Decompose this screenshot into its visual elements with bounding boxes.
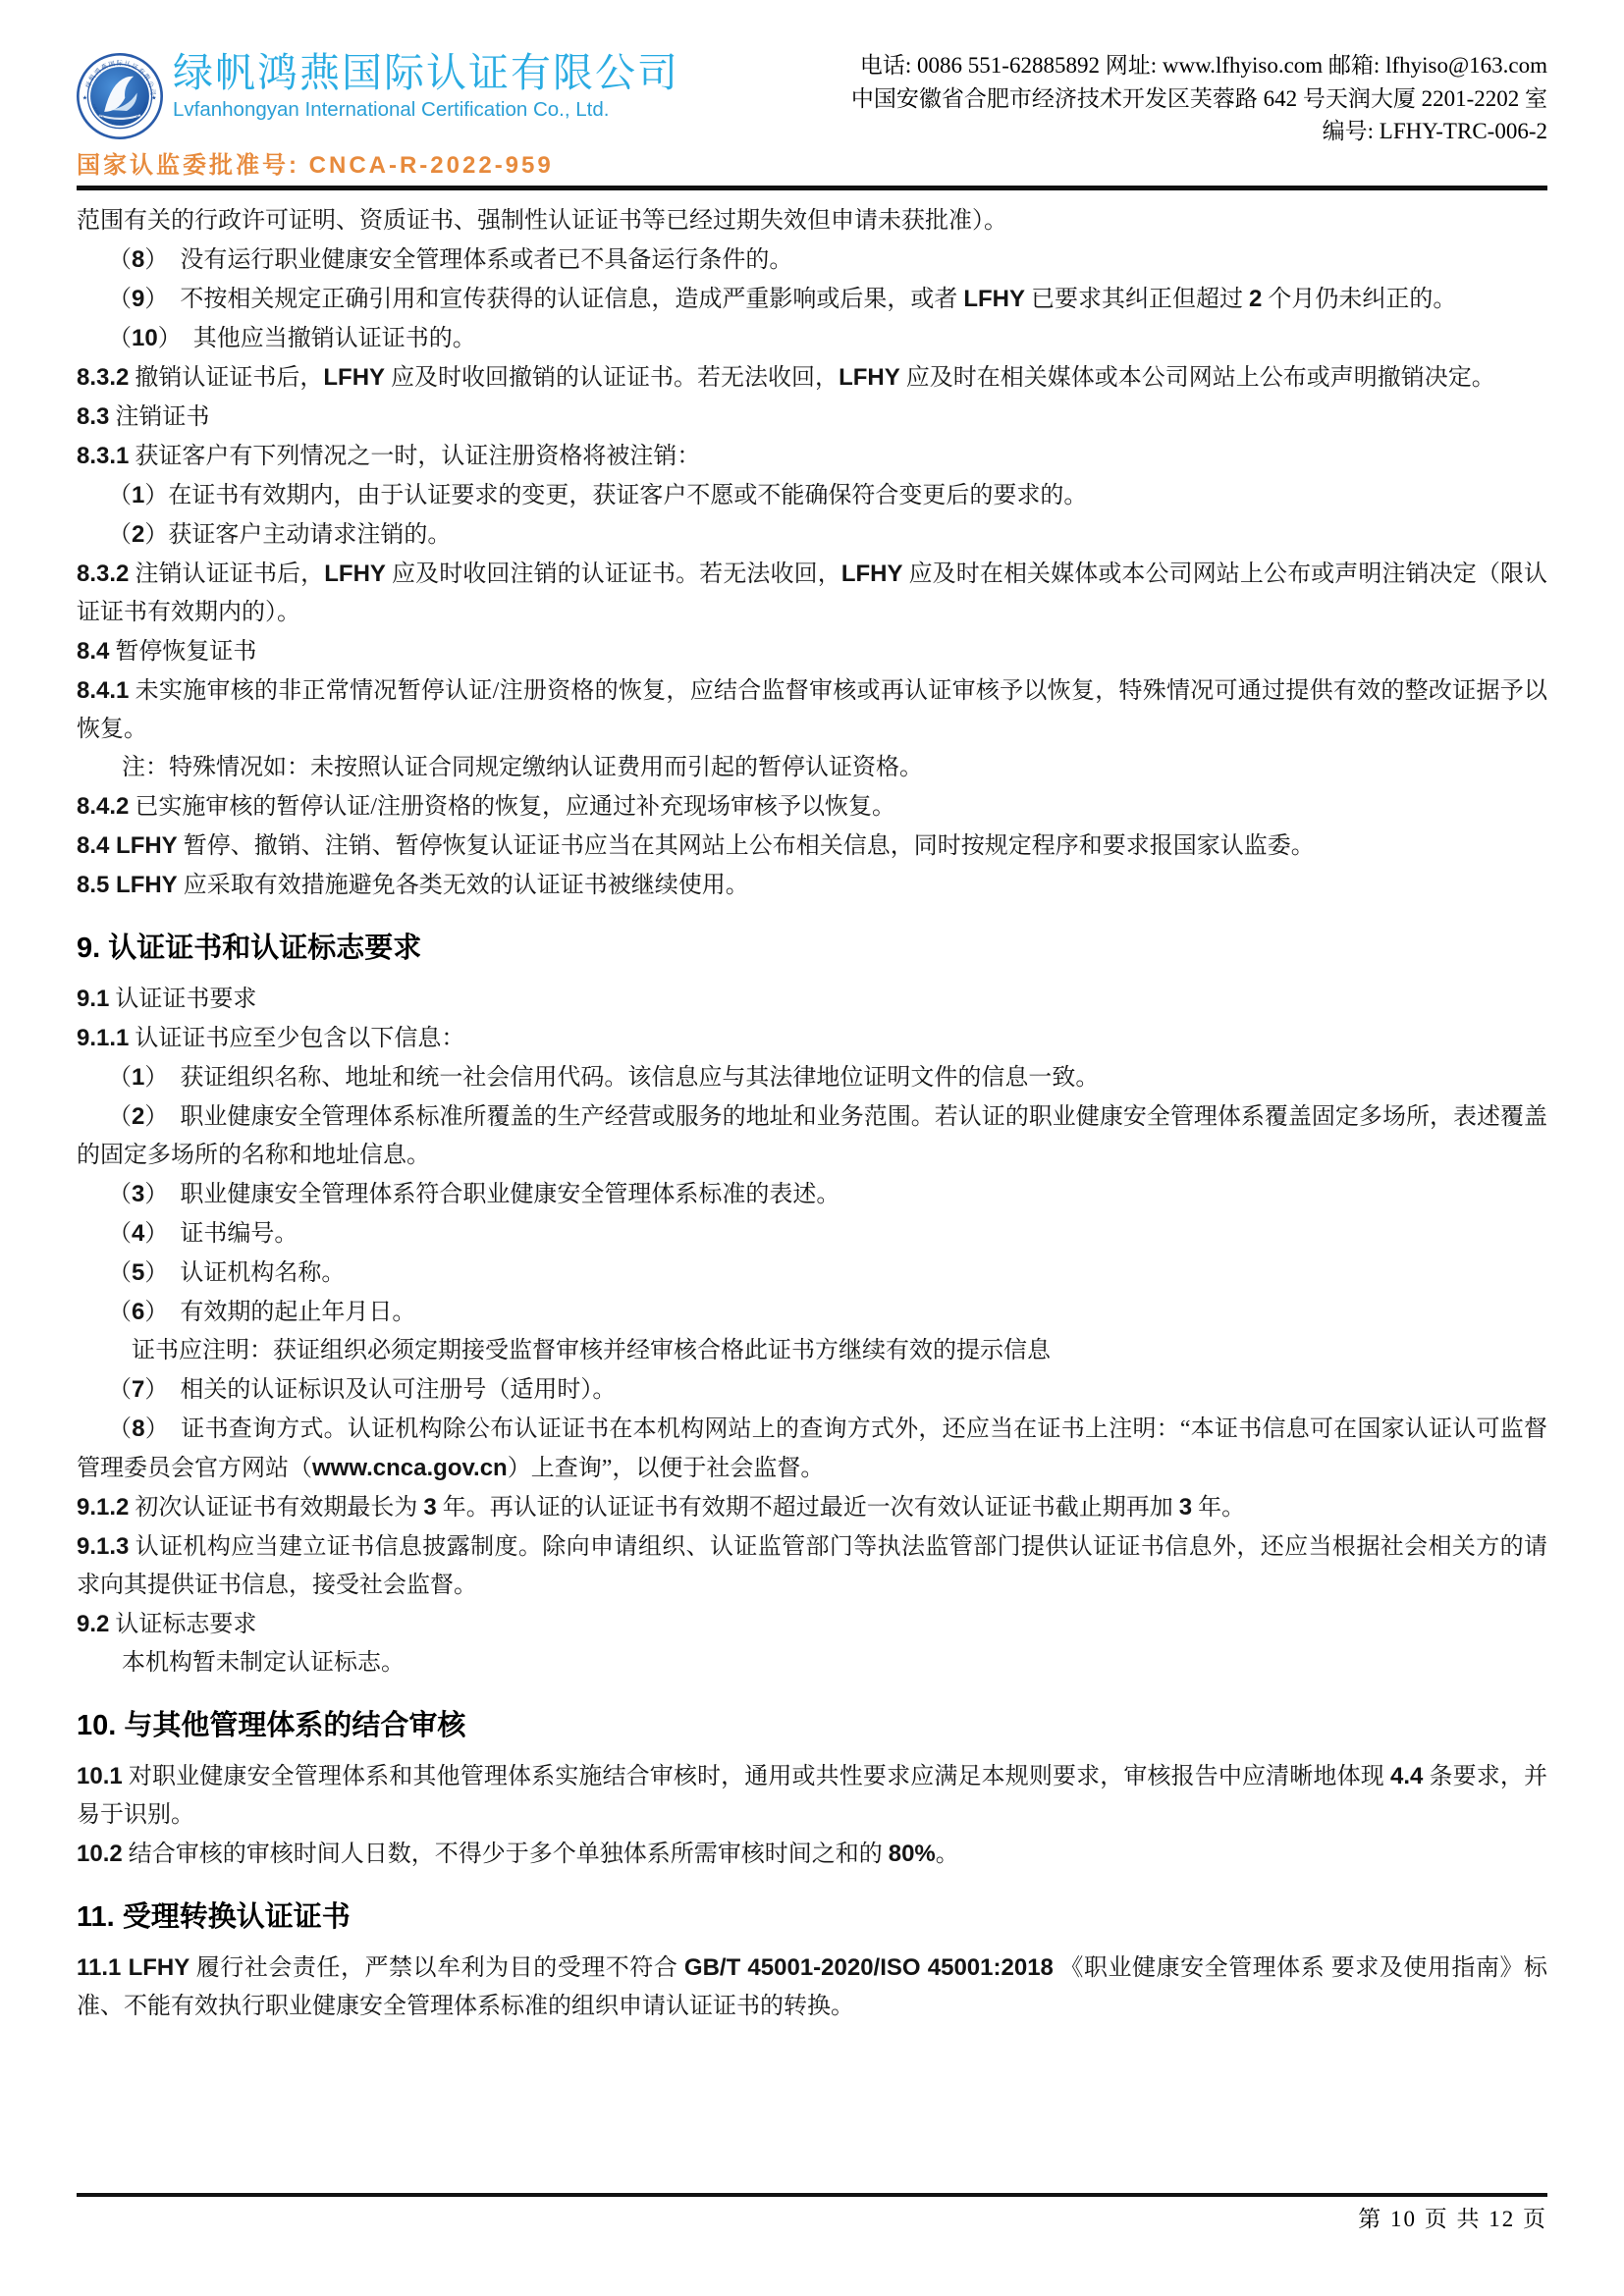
section-heading: 10. 与其他管理体系的结合审核 [77,1706,1547,1745]
paragraph: 9.1.3 认证机构应当建立证书信息披露制度。除向申请组织、认证监管部门等执法监… [77,1527,1547,1605]
address-line: 中国安徽省合肥市经济技术开发区芙蓉路 642 号天润大厦 2201-2202 室 [851,82,1547,116]
company-names: 绿帆鸿燕国际认证有限公司 Lvfanhongyan International … [173,49,679,124]
paragraph: （2） 职业健康安全管理体系标准所覆盖的生产经营或服务的地址和业务范围。若认证的… [77,1097,1547,1175]
paragraph: 注：特殊情况如：未按照认证合同规定缴纳认证费用而引起的暂停认证资格。 [77,749,1547,787]
paragraph: 10.1 对职业健康安全管理体系和其他管理体系实施结合审核时，通用或共性要求应满… [77,1757,1547,1835]
page-number: 第 10 页 共 12 页 [77,2205,1547,2234]
paragraph: （9） 不按相关规定正确引用和宣传获得的认证信息，造成严重影响或后果，或者 LF… [77,280,1547,319]
paragraph: 8.4.1 未实施审核的非正常情况暂停认证/注册资格的恢复，应结合监督审核或再认… [77,671,1547,749]
paragraph: （10） 其他应当撤销认证证书的。 [77,319,1547,358]
paragraph: （1） 获证组织名称、地址和统一社会信用代码。该信息应与其法律地位证明文件的信息… [77,1058,1547,1097]
paragraph: （8） 没有运行职业健康安全管理体系或者已不具备运行条件的。 [77,240,1547,280]
paragraph: （2）获证客户主动请求注销的。 [77,515,1547,555]
logo-star-right: ★ [151,95,157,102]
company-logo-icon: 绿帆鸿燕国际认证有限公司 LVFANHONGYAN INTERNATIONAL … [77,53,163,139]
section-heading: 11. 受理转换认证证书 [77,1897,1547,1937]
paragraph: 8.3.2 注销认证证书后，LFHY 应及时收回注销的认证证书。若无法收回，LF… [77,555,1547,632]
header-contact-block: 电话: 0086 551-62885892 网址: www.lfhyiso.co… [851,49,1547,148]
header-divider [77,186,1547,190]
paragraph: （6） 有效期的起止年月日。 [77,1293,1547,1332]
paragraph: 证书应注明：获证组织必须定期接受监督审核并经审核合格此证书方继续有效的提示信息 [77,1332,1547,1370]
paragraph: 9.1 认证证书要求 [77,980,1547,1019]
paragraph: 9.1.1 认证证书应至少包含以下信息： [77,1019,1547,1058]
logo-star-left: ★ [82,95,88,102]
page-footer: 第 10 页 共 12 页 [77,2193,1547,2234]
paragraph: 8.4 LFHY 暂停、撤销、注销、暂停恢复认证证书应当在其网站上公布相关信息，… [77,827,1547,866]
paragraph: 8.5 LFHY 应采取有效措施避免各类无效的认证证书被继续使用。 [77,866,1547,905]
contact-line: 电话: 0086 551-62885892 网址: www.lfhyiso.co… [851,49,1547,82]
paragraph: （7） 相关的认证标识及认可注册号（适用时）。 [77,1370,1547,1410]
approval-number: 国家认监委批准号: CNCA-R-2022-959 [77,151,1547,181]
paragraph: 范围有关的行政许可证明、资质证书、强制性认证证书等已经过期失效但申请未获批准）。 [77,202,1547,240]
paragraph: 本机构暂未制定认证标志。 [77,1644,1547,1682]
paragraph: （8） 证书查询方式。认证机构除公布认证证书在本机构网站上的查询方式外，还应当在… [77,1410,1547,1488]
paragraph: （5） 认证机构名称。 [77,1254,1547,1293]
paragraph: 8.4.2 已实施审核的暂停认证/注册资格的恢复，应通过补充现场审核予以恢复。 [77,787,1547,827]
paragraph: 10.2 结合审核的审核时间人日数，不得少于多个单独体系所需审核时间之和的 80… [77,1835,1547,1874]
company-name-en: Lvfanhongyan International Certification… [173,96,679,124]
paragraph: 8.3 注销证书 [77,398,1547,437]
doc-number: 编号: LFHY-TRC-006-2 [851,115,1547,148]
paragraph: 9.1.2 初次认证证书有效期最长为 3 年。再认证的认证证书有效期不超过最近一… [77,1488,1547,1527]
section-heading: 9. 认证证书和认证标志要求 [77,929,1547,968]
paragraph: 9.2 认证标志要求 [77,1605,1547,1644]
paragraph: 11.1 LFHY 履行社会责任，严禁以牟利为目的受理不符合 GB/T 4500… [77,1949,1547,2026]
page-header: 绿帆鸿燕国际认证有限公司 LVFANHONGYAN INTERNATIONAL … [0,0,1624,190]
footer-divider [77,2193,1547,2197]
paragraph: 8.4 暂停恢复证书 [77,632,1547,671]
paragraph: 8.3.1 获证客户有下列情况之一时，认证注册资格将被注销： [77,437,1547,476]
company-name-zh: 绿帆鸿燕国际认证有限公司 [173,49,679,96]
document-page: 绿帆鸿燕国际认证有限公司 LVFANHONGYAN INTERNATIONAL … [0,0,1624,2296]
paragraph: （3） 职业健康安全管理体系符合职业健康安全管理体系标准的表述。 [77,1175,1547,1214]
paragraph: （4） 证书编号。 [77,1214,1547,1254]
paragraph: 8.3.2 撤销认证证书后，LFHY 应及时收回撤销的认证证书。若无法收回，LF… [77,358,1547,398]
paragraph: （1）在证书有效期内，由于认证要求的变更，获证客户不愿或不能确保符合变更后的要求… [77,476,1547,515]
document-body: 范围有关的行政许可证明、资质证书、强制性认证证书等已经过期失效但申请未获批准）。… [77,202,1547,2026]
